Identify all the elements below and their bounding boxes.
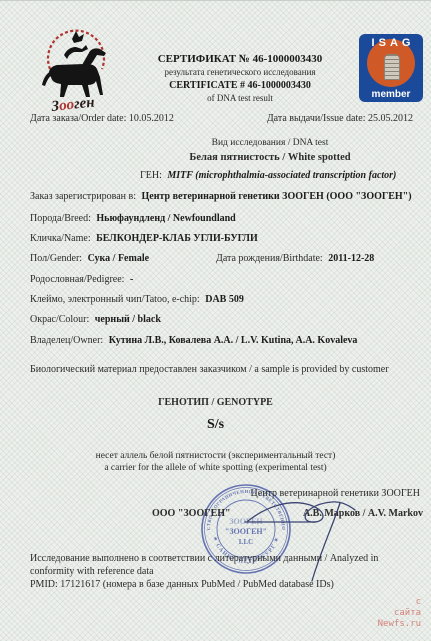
breed-label: Порода/Breed: — [30, 213, 91, 224]
pedigree-label: Родословная/Pedigree: — [30, 274, 124, 285]
owner-row: Владелец/Owner: Кутина Л.В., Ковалева А.… — [30, 335, 357, 346]
owner-label: Владелец/Owner: — [30, 335, 103, 346]
tatoo-row: Клеймо, электронный чип/Tatoo, e-chip: D… — [30, 294, 244, 305]
genotype-value: S/s — [0, 417, 431, 433]
certificate-number-en: CERTIFICATE # 46-1000003430 — [110, 79, 370, 92]
isag-member-label: member — [359, 89, 423, 100]
gender-value: Сука / Female — [88, 253, 149, 264]
conformity-note: Исследование выполнено в соответствии с … — [30, 552, 424, 578]
genotype-desc-en: a carrier for the allele of white spotti… — [0, 463, 431, 473]
pedigree-value: - — [130, 274, 133, 285]
certificate-title-block: СЕРТИФИКАТ № 46-1000003430 результата ге… — [110, 53, 370, 105]
test-kind: Вид исследования / DNA test — [115, 138, 425, 148]
isag-member-badge: ISAG member — [359, 34, 423, 102]
issue-date: Дата выдачи/Issue date: 25.05.2012 — [267, 113, 413, 124]
pedigree-row: Родословная/Pedigree: - — [30, 274, 133, 285]
colour-label: Окрас/Colour: — [30, 314, 89, 325]
watermark-line3: Newfs.ru — [378, 619, 421, 630]
birthdate-label: Дата рождения/Birthdate: — [216, 253, 323, 264]
pmid-note: PMID: 17121617 (номера в базе данных Pub… — [30, 578, 424, 591]
gel-lane-icon — [384, 54, 400, 80]
genotype-heading: ГЕНОТИП / GENOTYPE — [0, 397, 431, 408]
colour-row: Окрас/Colour: черный / black — [30, 314, 161, 325]
registered-label: Заказ зарегистрирован в: — [30, 191, 136, 202]
certificate-subtitle-ru: результата генетического исследования — [110, 66, 370, 79]
gene-row: ГЕН: MITF (microphthalmia-associated tra… — [140, 170, 396, 181]
birthdate-row: Дата рождения/Birthdate: 2011-12-28 — [216, 253, 374, 264]
genotype-desc-ru: несет аллель белой пятнистости (эксперим… — [0, 451, 431, 461]
company-name: ООО "ЗООГЕН" — [152, 508, 231, 519]
dog-name-label: Кличка/Name: — [30, 233, 91, 244]
owner-value: Кутина Л.В., Ковалева А.А. / L.V. Kutina… — [109, 335, 358, 346]
sample-note: Биологический материал предоставлен зака… — [30, 364, 389, 375]
test-name: Белая пятнистость / White spotted — [115, 152, 425, 163]
logo-script-text: Зооген — [50, 95, 96, 116]
certificate-number-ru: СЕРТИФИКАТ № 46-1000003430 — [110, 53, 370, 66]
registered-row: Заказ зарегистрирован в: Центр ветеринар… — [30, 191, 412, 202]
breed-value: Ньюфаундленд / Newfoundland — [96, 213, 235, 224]
order-date: Дата заказа/Order date: 10.05.2012 — [30, 113, 174, 124]
site-watermark: с сайта Newfs.ru — [378, 597, 421, 630]
gene-value: MITF (microphthalmia-associated transcri… — [167, 170, 396, 181]
tatoo-value: DAB 509 — [205, 294, 244, 305]
gender-row: Пол/Gender: Сука / Female — [30, 253, 149, 264]
colour-value: черный / black — [95, 314, 161, 325]
registered-value: Центр ветеринарной генетики ЗООГЕН (ООО … — [142, 191, 412, 202]
dog-name-value: БЕЛКОНДЕР-КЛАБ УГЛИ-БУГЛИ — [96, 233, 258, 244]
certificate-subtitle-en: of DNA test result — [110, 92, 370, 105]
gender-label: Пол/Gender: — [30, 253, 82, 264]
dog-name-row: Кличка/Name: БЕЛКОНДЕР-КЛАБ УГЛИ-БУГЛИ — [30, 233, 258, 244]
gene-label: ГЕН: — [140, 170, 162, 181]
watermark-line1: с — [378, 597, 421, 608]
birthdate-value: 2011-12-28 — [328, 253, 374, 264]
breed-row: Порода/Breed: Ньюфаундленд / Newfoundlan… — [30, 213, 236, 224]
watermark-line2: сайта — [378, 608, 421, 619]
isag-label: ISAG — [359, 37, 423, 49]
certificate-page: Зооген СЕРТИФИКАТ № 46-1000003430 резуль… — [0, 0, 431, 641]
tatoo-label: Клеймо, электронный чип/Tatoo, e-chip: — [30, 294, 200, 305]
